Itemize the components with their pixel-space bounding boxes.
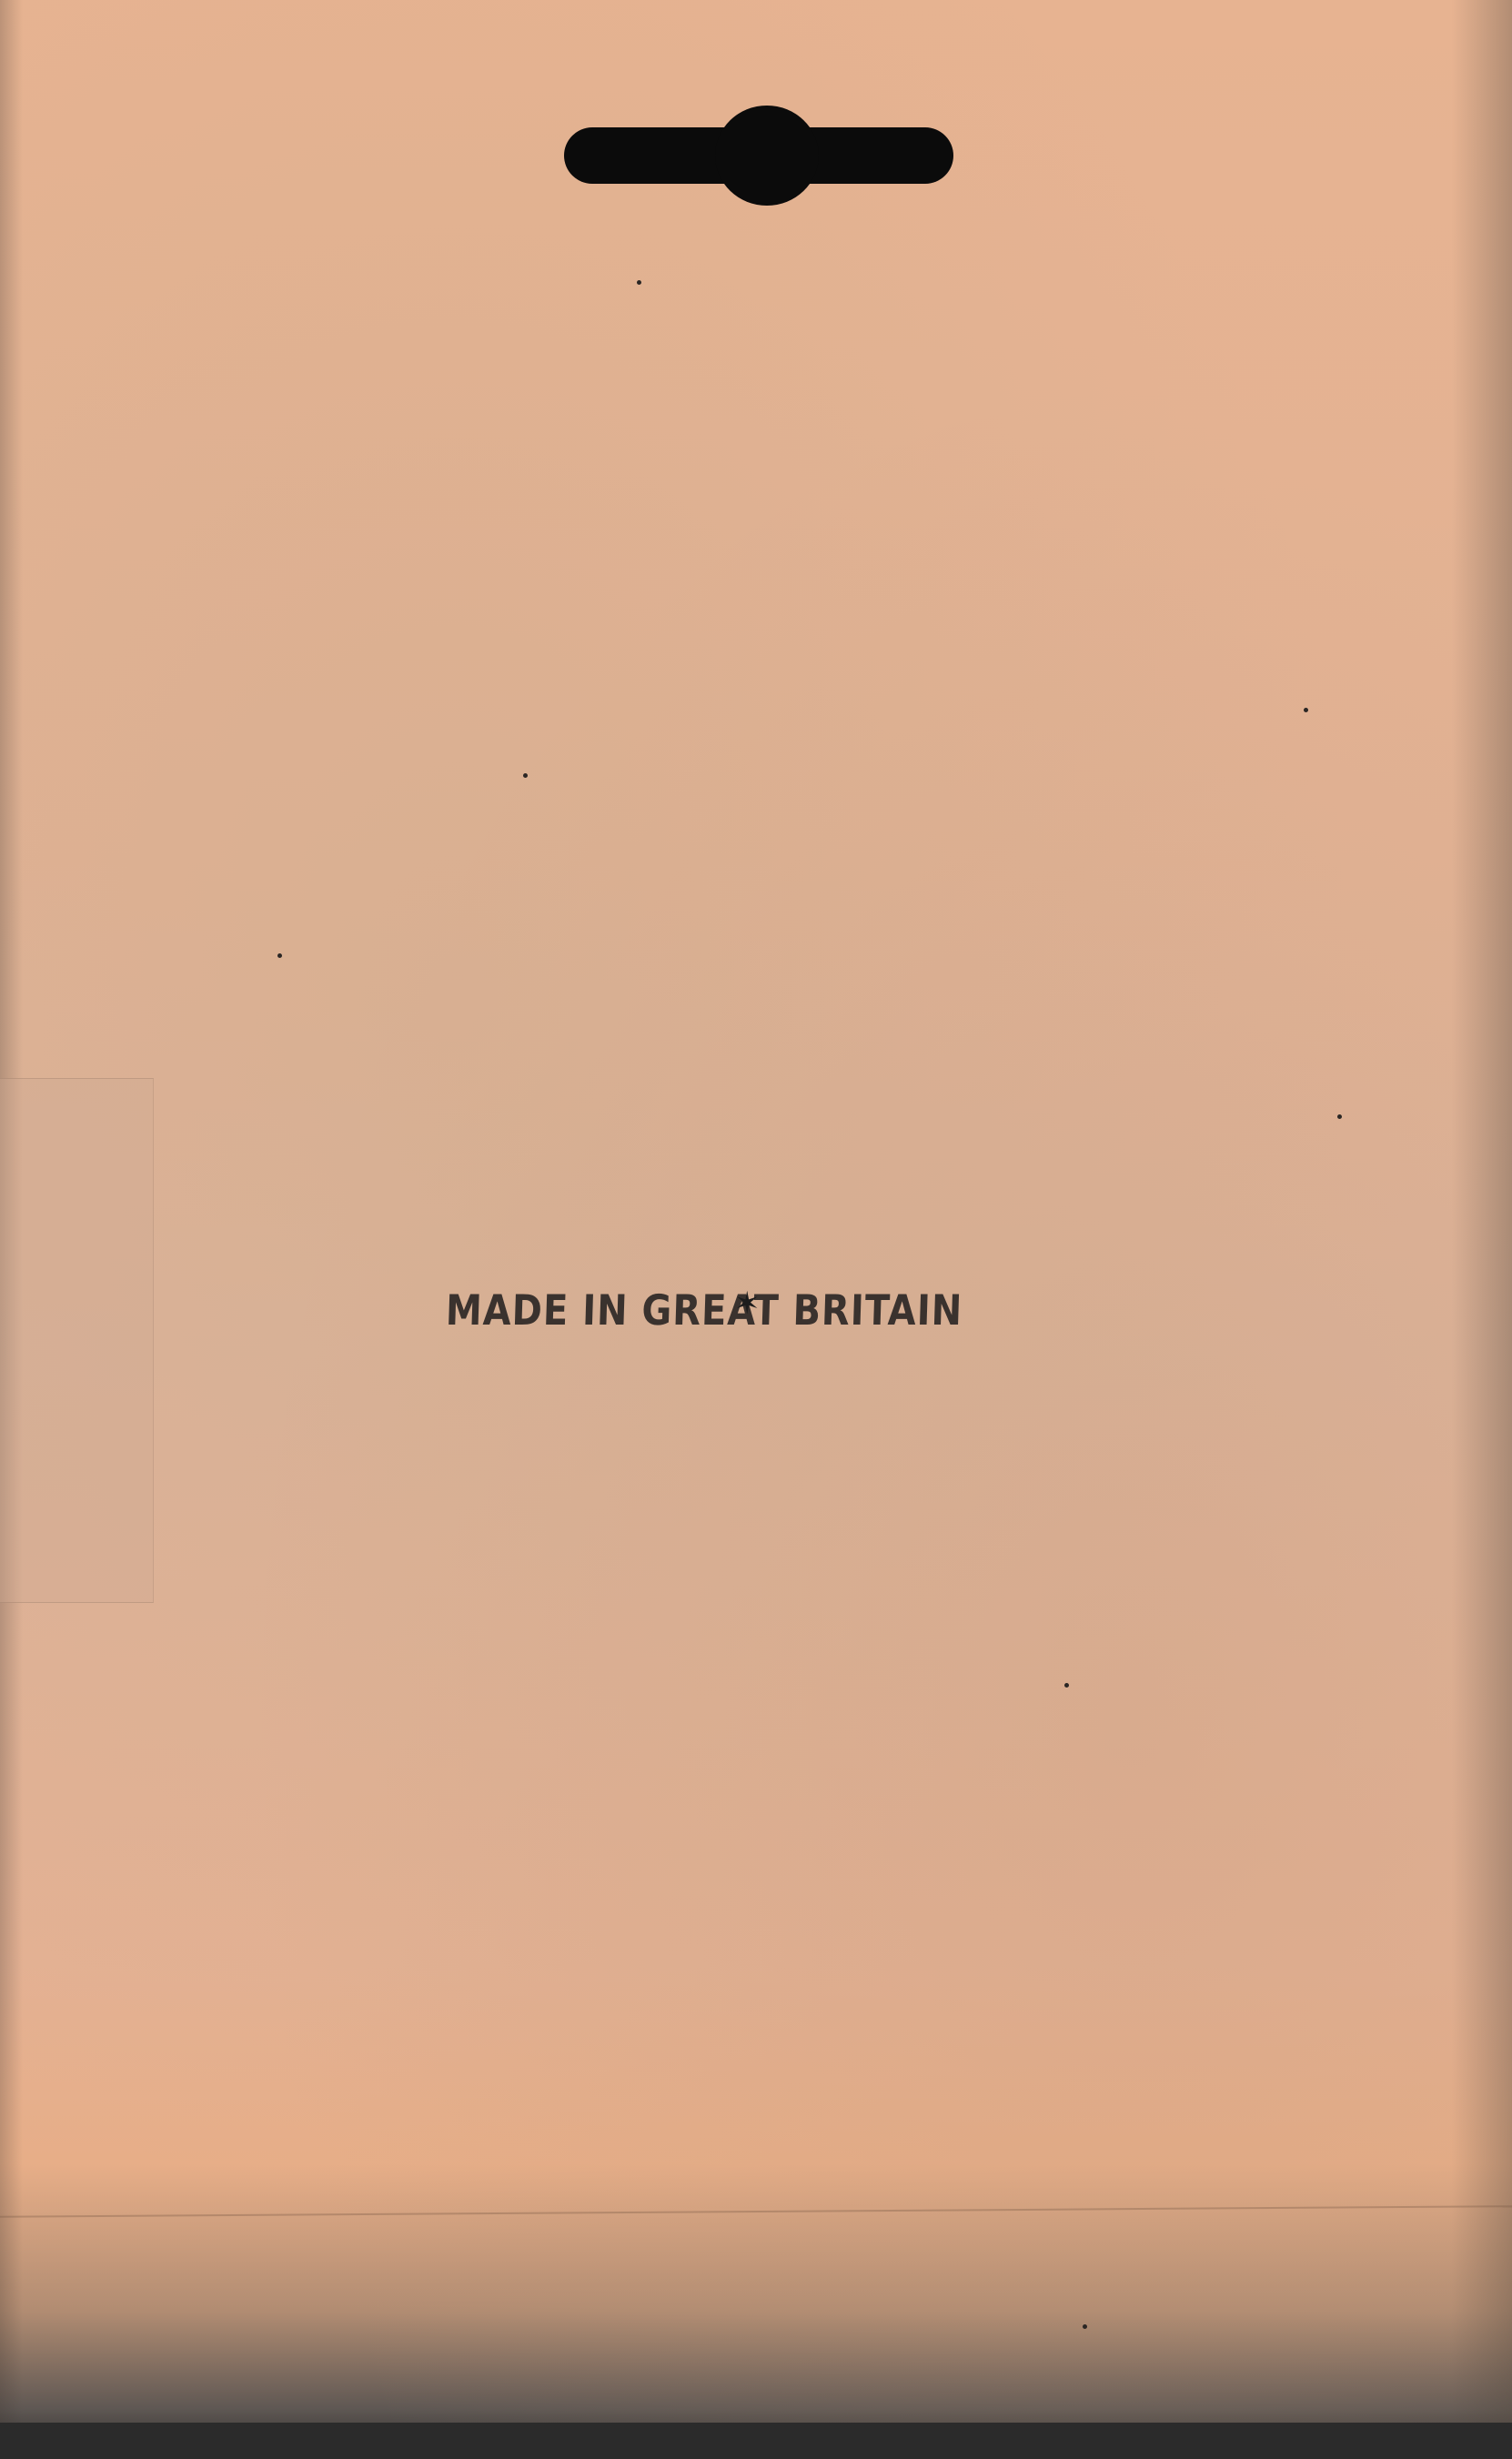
hang-hole-center xyxy=(715,106,819,206)
torn-paper-edge xyxy=(0,2205,1512,2225)
speck xyxy=(1304,708,1308,712)
speck xyxy=(523,773,528,778)
speck xyxy=(637,280,641,285)
speck xyxy=(277,953,282,958)
made-in-great-britain-stamp: MADE IN GREAT BRITAIN xyxy=(445,1282,902,1340)
crown-icon: ✶ xyxy=(734,1285,761,1322)
speck xyxy=(1337,1114,1342,1119)
tape-residue-patch xyxy=(0,1078,154,1603)
packaging-card-back: MADE IN GREAT BRITAIN ✶ xyxy=(0,0,1512,2459)
speck xyxy=(1083,2324,1087,2329)
hang-hole xyxy=(564,100,953,209)
scan-bottom-edge xyxy=(0,2423,1512,2459)
speck xyxy=(1064,1683,1069,1688)
